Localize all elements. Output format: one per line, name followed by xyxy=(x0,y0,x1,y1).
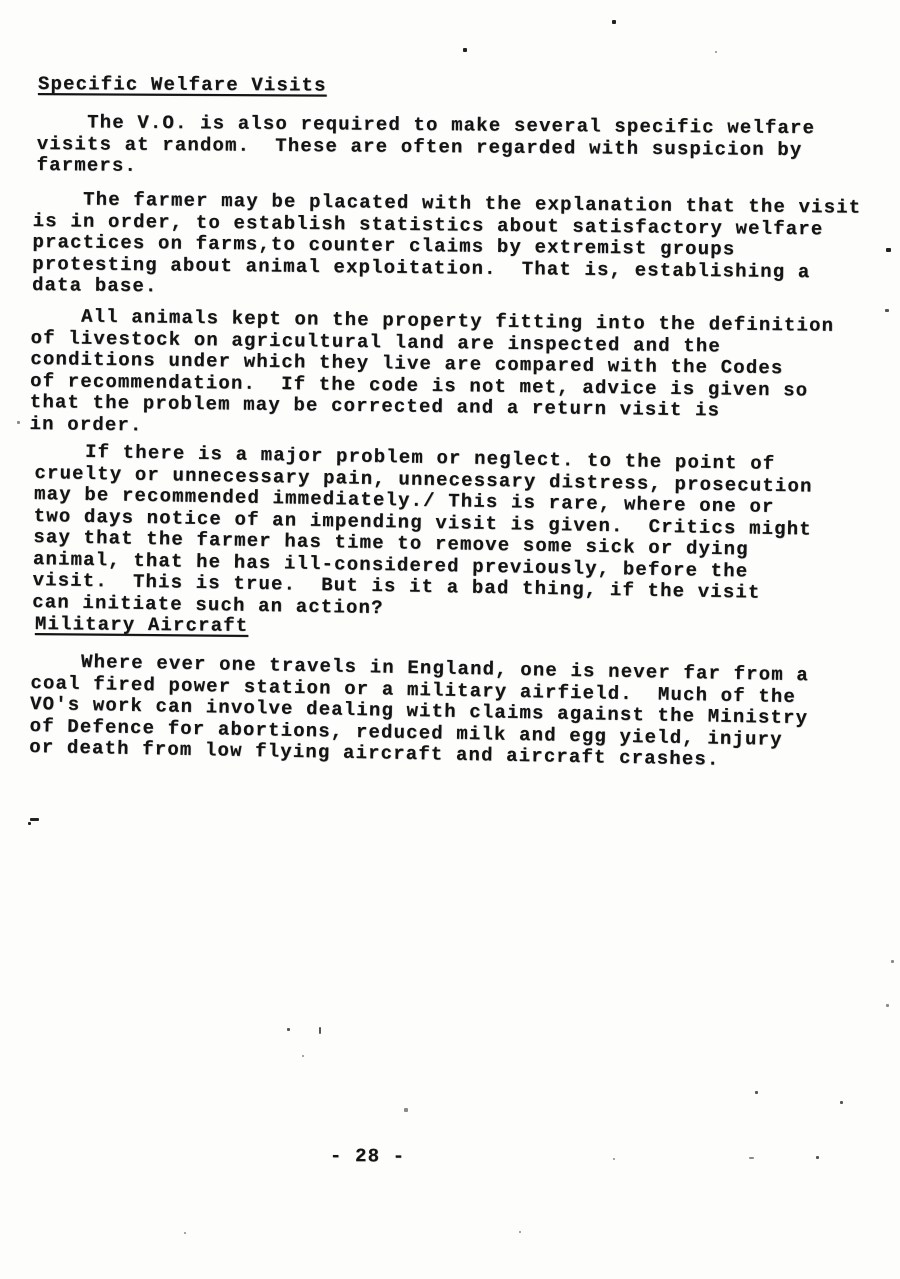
section-heading-specific-welfare-visits: Specific Welfare Visits xyxy=(38,74,327,97)
scan-speck xyxy=(891,960,894,963)
scan-speck xyxy=(30,818,39,821)
paragraph: All animals kept on the property fitting… xyxy=(29,306,834,445)
scan-speck xyxy=(816,1156,819,1159)
scan-speck xyxy=(463,48,467,52)
scan-speck xyxy=(612,20,616,24)
scan-speck xyxy=(17,421,20,424)
scan-speck xyxy=(184,1232,186,1234)
scan-speck xyxy=(715,51,717,53)
scan-speck xyxy=(302,1055,304,1057)
scan-speck xyxy=(519,1231,521,1233)
section-heading-military-aircraft: Military Aircraft xyxy=(35,614,249,637)
scan-speck xyxy=(28,822,31,825)
paragraph: The V.O. is also required to make severa… xyxy=(36,112,815,183)
scan-speck xyxy=(749,1157,754,1159)
scan-speck xyxy=(613,1158,615,1160)
page-number: - 28 - xyxy=(330,1146,405,1168)
paragraph: If there is a major problem or neglect. … xyxy=(32,441,813,627)
scan-speck xyxy=(404,1108,408,1112)
paragraph: The farmer may be placated with the expl… xyxy=(32,189,862,305)
scan-speck xyxy=(840,1101,843,1104)
scan-speck xyxy=(885,309,889,312)
paragraph: Where ever one travels in England, one i… xyxy=(29,651,809,773)
scan-speck xyxy=(755,1091,758,1094)
scan-speck xyxy=(287,1028,290,1031)
scan-speck xyxy=(886,1004,889,1007)
scan-speck xyxy=(319,1027,321,1034)
scan-speck xyxy=(886,248,891,252)
scanned-document-page: Specific Welfare Visits The V.O. is also… xyxy=(0,0,900,1279)
